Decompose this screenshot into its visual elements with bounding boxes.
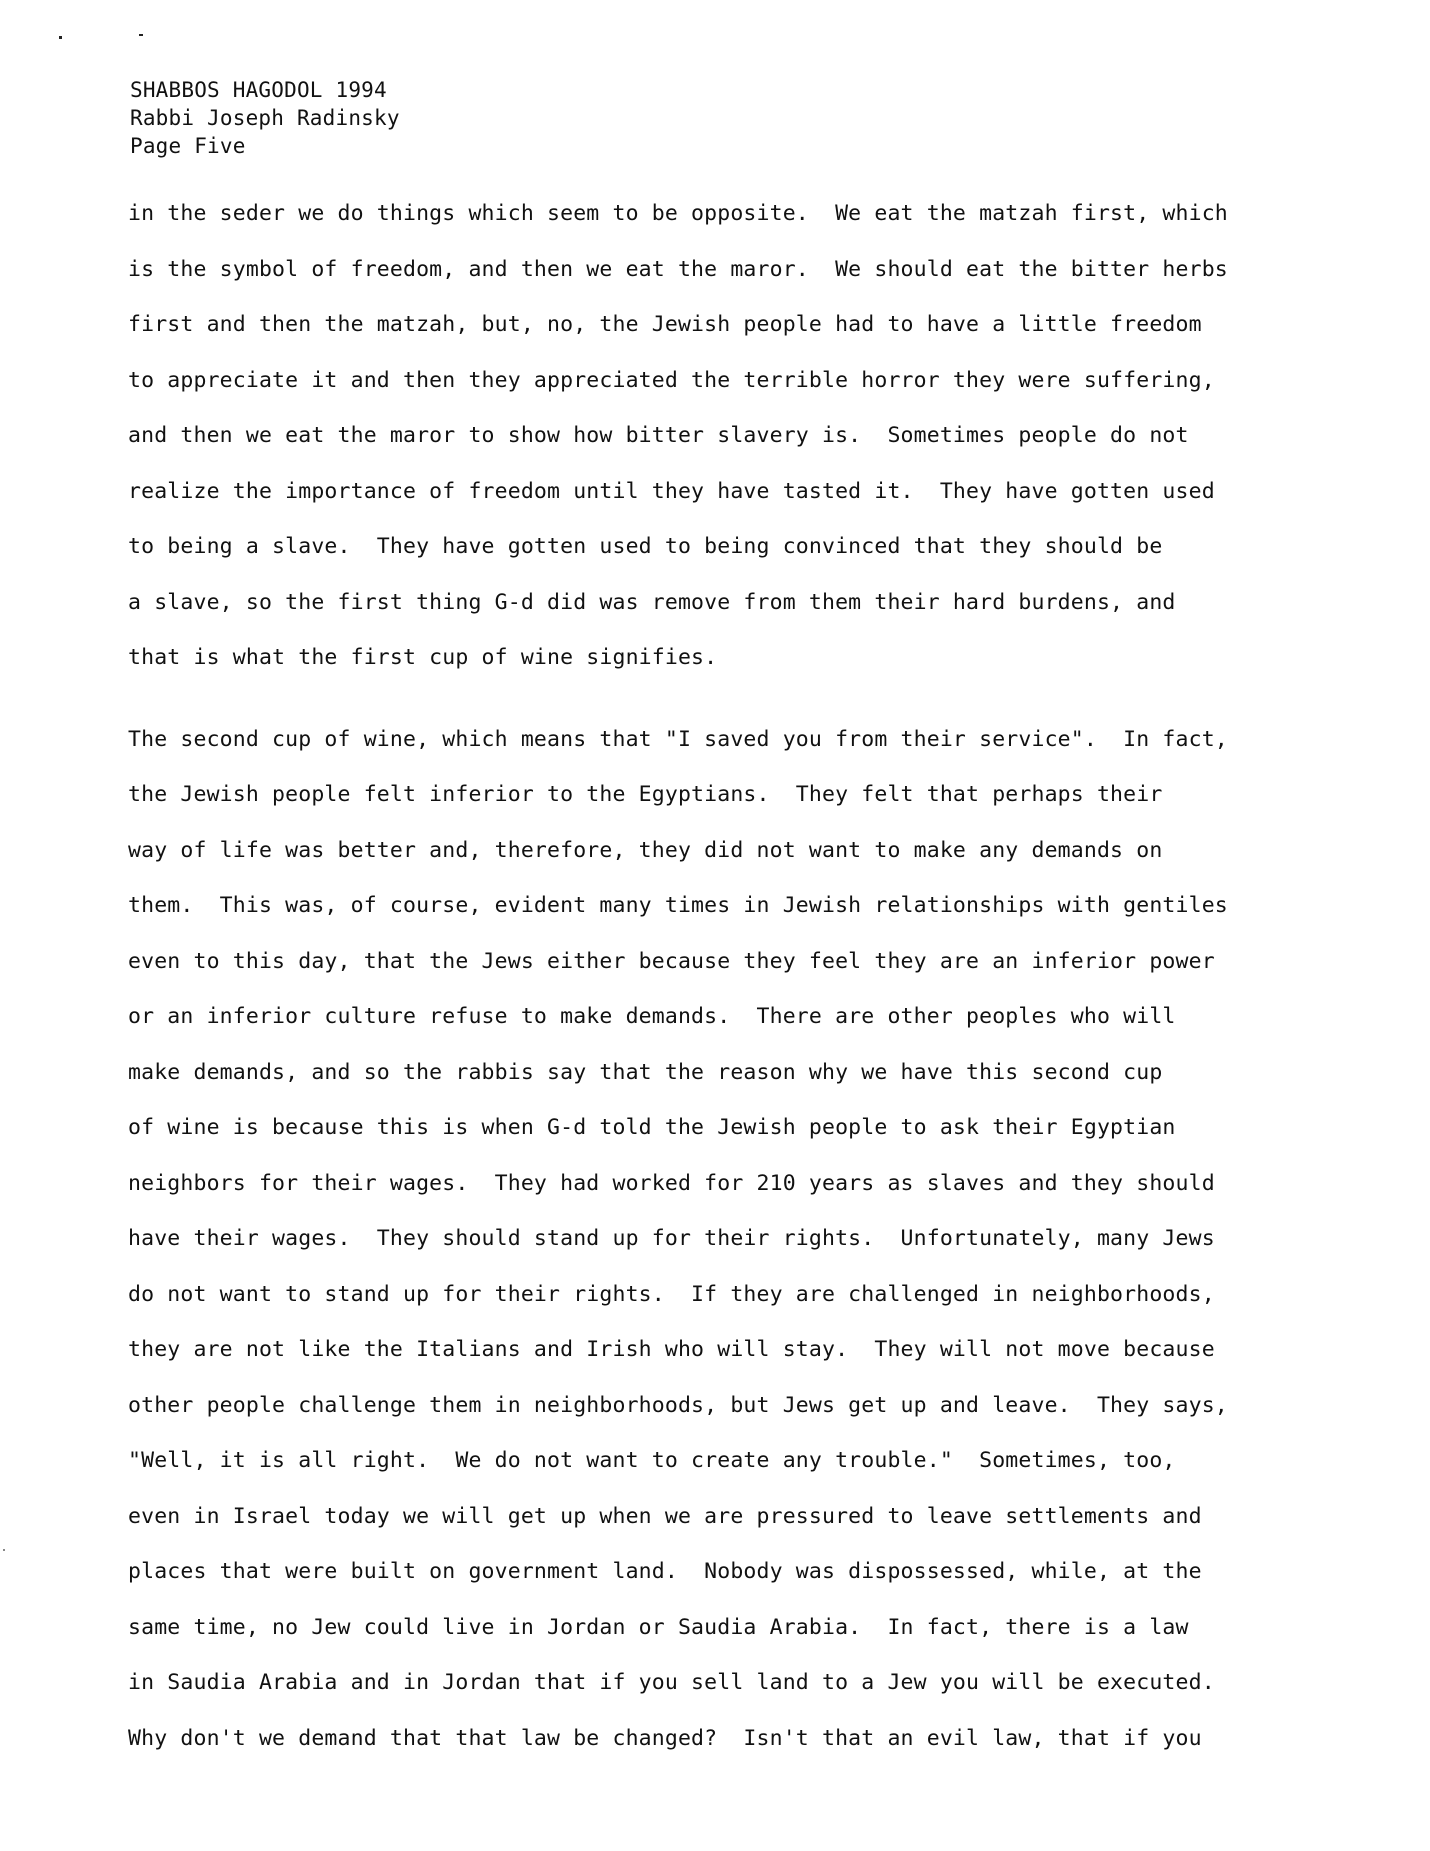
text-line: other people challenge them in neighborh… — [128, 1378, 1238, 1434]
text-line: The second cup of wine, which means that… — [128, 712, 1238, 768]
text-line: or an inferior culture refuse to make de… — [128, 989, 1238, 1045]
paragraph-gap — [128, 686, 1238, 712]
document-header: SHABBOS HAGODOL 1994 Rabbi Joseph Radins… — [130, 76, 400, 160]
document-author: Rabbi Joseph Radinsky — [130, 104, 400, 132]
text-line: is the symbol of freedom, and then we ea… — [128, 242, 1238, 298]
text-line: they are not like the Italians and Irish… — [128, 1322, 1238, 1378]
text-line: Why don't we demand that that law be cha… — [128, 1711, 1238, 1767]
text-line: do not want to stand up for their rights… — [128, 1267, 1238, 1323]
text-line: realize the importance of freedom until … — [128, 464, 1238, 520]
text-line: make demands, and so the rabbis say that… — [128, 1045, 1238, 1101]
document-title: SHABBOS HAGODOL 1994 — [130, 76, 400, 104]
page-label: Page Five — [130, 132, 400, 160]
text-line: that is what the first cup of wine signi… — [128, 630, 1238, 686]
text-line: "Well, it is all right. We do not want t… — [128, 1433, 1238, 1489]
scan-speck — [3, 1549, 5, 1551]
text-line: in Saudia Arabia and in Jordan that if y… — [128, 1655, 1238, 1711]
text-line: the Jewish people felt inferior to the E… — [128, 767, 1238, 823]
text-line: even to this day, that the Jews either b… — [128, 934, 1238, 990]
document-body: in the seder we do things which seem to … — [128, 186, 1238, 1766]
text-line: of wine is because this is when G-d told… — [128, 1100, 1238, 1156]
scan-speck — [59, 36, 62, 39]
paragraph: The second cup of wine, which means that… — [128, 712, 1238, 1767]
text-line: to appreciate it and then they appreciat… — [128, 353, 1238, 409]
text-line: neighbors for their wages. They had work… — [128, 1156, 1238, 1212]
text-line: them. This was, of course, evident many … — [128, 878, 1238, 934]
text-line: and then we eat the maror to show how bi… — [128, 408, 1238, 464]
text-line: first and then the matzah, but, no, the … — [128, 297, 1238, 353]
text-line: in the seder we do things which seem to … — [128, 186, 1238, 242]
text-line: same time, no Jew could live in Jordan o… — [128, 1600, 1238, 1656]
scan-speck — [139, 34, 143, 36]
text-line: way of life was better and, therefore, t… — [128, 823, 1238, 879]
text-line: places that were built on government lan… — [128, 1544, 1238, 1600]
text-line: to being a slave. They have gotten used … — [128, 519, 1238, 575]
text-line: even in Israel today we will get up when… — [128, 1489, 1238, 1545]
paragraph: in the seder we do things which seem to … — [128, 186, 1238, 686]
text-line: have their wages. They should stand up f… — [128, 1211, 1238, 1267]
text-line: a slave, so the first thing G-d did was … — [128, 575, 1238, 631]
